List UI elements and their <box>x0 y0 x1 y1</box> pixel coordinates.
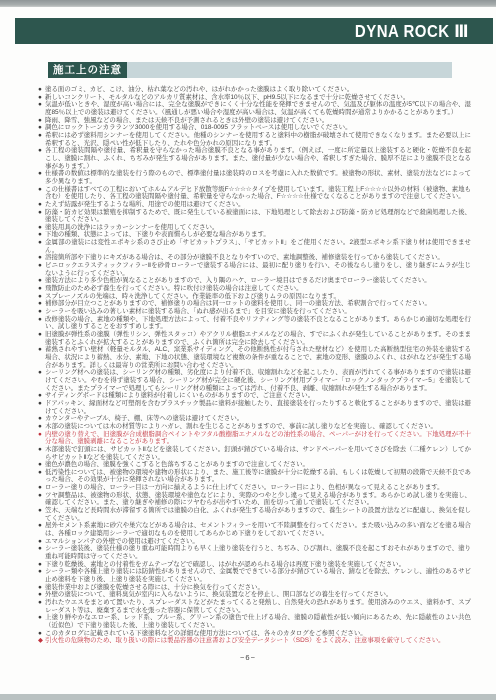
note-text: 下地の種類、状態によっては、下塗りや表面慣らしが必要な場合があります。 <box>45 231 270 238</box>
note-text: 屋外セメント系素地に砂穴や巣穴などがある場合は、セメントフィラーを用いて不陸調整… <box>45 522 471 537</box>
note-item: ●塗色が濃色の場合、塗膜を強くこすると色落ちすることがありますので注意してくださ… <box>38 461 471 469</box>
dot-bullet-icon: ● <box>38 522 42 530</box>
note-text: 塗装作業中および塗膜を乾燥させる際には、十分に換気を行ってください。 <box>45 584 264 591</box>
dot-bullet-icon: ● <box>38 285 42 293</box>
note-text: 塗装方法により多少色相が異なることがありますので、入り隅のハケ、ローラー境目はで… <box>45 277 431 284</box>
note-text: ドアパッキン、縁面材など可塑剤を含むプラスチック製品に塗料が接触したり、直接塗装… <box>45 400 471 415</box>
dot-bullet-icon: ● <box>38 630 42 638</box>
dot-bullet-icon: ● <box>38 568 42 576</box>
note-item: ●補修部分が目立つことがありますので、補修塗りの場合は同一ロットの塗料を使用し、… <box>38 300 471 308</box>
note-item: ●ドアパッキン、縁面材など可塑剤を含むプラスチック製品に塗料が接触したり、直接塗… <box>38 400 471 415</box>
note-text: 低汚染性については、被塗物の環境や建物の形状により、また、施工後等に塗膜が十分に… <box>45 469 471 484</box>
note-item: ●屋外セメント系素地に砂穴や巣穴などがある場合は、セメントフィラーを用いて不陸調… <box>38 522 471 537</box>
dot-bullet-icon: ● <box>38 584 42 592</box>
note-text: シーラーを吸い込みの著しい素材に塗装する場合、「ぬれ感が出るまで」を目安に塗装を… <box>45 308 351 315</box>
dot-bullet-icon: ● <box>38 201 42 209</box>
dot-bullet-icon: ● <box>38 186 42 194</box>
note-item: ●希釈には必ず塗料用シンナーを使用してください。他種のシンナーを使用すると塗料中… <box>38 132 471 147</box>
note-text: 仕様書の数値は標準的な塗装を行う際のもので、標準塗付量は塗装時のロスを考慮に入れ… <box>45 170 471 185</box>
dot-bullet-icon: ● <box>38 331 42 339</box>
note-item: ●塗る面のゴミ、カビ、こけ、油分、枯れ葉などの汚れや、はがれかかった塗膜はよく取… <box>38 86 471 94</box>
note-item: ●ツヤ調整品は、被塗物の形状、状態、塗装環境や塗色などにより、実際のつやと少し違… <box>38 492 471 507</box>
note-item: ●下地の種類、状態によっては、下塗りや表面慣らしが必要な場合があります。 <box>38 231 471 239</box>
note-text: 金属部の塗装には変性エポキシ系のさび止め「サビカットプラス」、「サビカットⅡ」を… <box>45 239 471 254</box>
note-text: 木部の塗装については木の材質等によりハガレ、割れを生じることがありますので、事前… <box>45 423 437 430</box>
dot-bullet-icon: ● <box>38 400 42 408</box>
note-item: ●塗装方法により多少色相が異なることがありますので、入り隅のハケ、ローラー境目は… <box>38 277 471 285</box>
note-text: 補修部分が目立つことがありますので、補修塗りの場合は同一ロットの塗料を使用し、同… <box>45 300 431 307</box>
note-item: ●調色にロックトーンカラランツ3000を使用する場合、018-0095 フラット… <box>38 124 471 132</box>
note-text: 外壁の塗装について、塗料臭気が室内に入らないように、換気装置などを停止し、開口部… <box>45 591 392 598</box>
note-item: ●シーラー類や各種上塗り塗装には防錆性がありませんので、金属製でできている部分が… <box>38 568 471 583</box>
note-item: ●サイディングボードは種類により塗料が付着しにくいものがありますので、ご注意くだ… <box>38 392 471 400</box>
note-text: 上塗り鮮やかなエロー系、レッド系、ブルー系、グリーン系の塗色で仕上げる場合、塗膜… <box>45 614 471 629</box>
dot-bullet-icon: ● <box>38 231 42 239</box>
dot-bullet-icon: ● <box>38 591 42 599</box>
note-item: ●改修塗装の場合、素地の種類や、下地処理方法によって、付着不良やリフティング等の… <box>38 316 471 331</box>
dot-bullet-icon: ● <box>38 484 42 492</box>
note-text: サイディングボードは種類により塗料が付着しにくいものがありますので、ご注意くださ… <box>45 392 314 399</box>
note-text: シーラー塗装後、塗装仕様の塗り重ね可能時間よりも早く上塗り塗装を行うと、ちぢみ、… <box>45 545 471 560</box>
note-item: ●木部の塗装については木の材質等によりハガレ、割れを生じることがありますので、事… <box>38 423 471 431</box>
dot-bullet-icon: ● <box>38 300 42 308</box>
section-header: 施工上の注意 <box>48 62 452 78</box>
note-text: ツヤ調整品は、被塗物の形状、状態、塗装環境や塗色などにより、実際のつやと少し違っ… <box>45 492 471 507</box>
note-item: ●内壁の塗り替えで、旧塗膜が合成樹脂調合ペイントやフタル酸樹脂エナメルなどの油性… <box>38 431 471 446</box>
note-text: 蓄熱されやすい壁材（軽量モルタル、ALC、窯業系サイディング、その他断熱性が付与… <box>45 346 471 368</box>
dot-bullet-icon: ● <box>38 209 42 217</box>
note-text: 各工程の塗装間隔や塗付量、希釈量を守らなかった場合塗膜不良となる事があります。（… <box>45 147 471 169</box>
note-text: ローラー塗りの場合、ローラー目は一方向に揃えるように仕上げてください。ローラー目… <box>45 484 444 491</box>
dot-bullet-icon: ● <box>38 277 42 285</box>
note-item: ●笠木、天端など長時間水が滞留する箇所では塗膜の白化、ふくれが発生する場合があり… <box>38 507 471 522</box>
dot-bullet-icon: ● <box>38 293 42 301</box>
notes-list: ●塗る面のゴミ、カビ、こけ、油分、枯れ葉などの汚れや、はがれかかった塗膜はよく取… <box>38 86 471 645</box>
note-text: 新しいコンクリート、モルタルなどのアルカリ質素材は、含水率10％以下、pH9.5… <box>45 94 409 101</box>
dot-bullet-icon: ● <box>38 124 42 132</box>
dot-bullet-icon: ● <box>38 239 42 247</box>
dot-bullet-icon: ● <box>38 117 42 125</box>
dot-bullet-icon: ● <box>38 170 42 178</box>
dot-bullet-icon: ● <box>38 254 42 262</box>
note-text: 木部塗装で釘頭には、サビカットⅡなどを塗装してください。釘頭が錆びている場合は、… <box>45 446 471 461</box>
dot-bullet-icon: ● <box>38 423 42 431</box>
note-item: ●ローラー塗りの場合、ローラー目は一方向に揃えるように仕上げてください。ローラー… <box>38 484 471 492</box>
dot-bullet-icon: ● <box>38 538 42 546</box>
dot-bullet-icon: ● <box>38 392 42 400</box>
section-title: 施工上の注意 <box>48 62 127 78</box>
dot-bullet-icon: ● <box>38 415 42 423</box>
dot-bullet-icon: ● <box>38 308 42 316</box>
note-item: ●この仕様書はすべての工程においてホルムアルデヒド放散等級F☆☆☆☆タイプを使用… <box>38 186 471 201</box>
dot-bullet-icon: ● <box>38 545 42 553</box>
note-item: ●飛散防止のため必ず養生を行ってください。特に吹付け塗装の場合は注意してください… <box>38 285 471 293</box>
dot-bullet-icon: ● <box>38 492 42 500</box>
note-text: たえず結露が発生するような場所、用途での使用は避けてください。 <box>45 201 245 208</box>
dot-bullet-icon: ● <box>38 224 42 232</box>
note-item: ●溶接箇所部や下塗りにキズがある場合は、その部分が塗膜不良となりやすいので、素地… <box>38 254 471 262</box>
note-text: スプレーノズルの先端は、時々洗浄してください。作業能率の低下および塗りムラの原因… <box>45 293 340 300</box>
scan-edge-bottom <box>0 694 496 700</box>
note-text: この仕様書はすべての工程においてホルムアルデヒド放散等級F☆☆☆☆タイプを使用し… <box>45 186 471 201</box>
note-text: このカタログに記載されている下塗塗料などの詳細な使用方法については、各々のカタロ… <box>45 630 367 637</box>
note-item: ●木部塗装で釘頭には、サビカットⅡなどを塗装してください。釘頭が錆びている場合は… <box>38 446 471 461</box>
dot-bullet-icon: ● <box>38 431 42 439</box>
note-item: ●カウンターやテーブル、椅子、棚、床等への塗装は避けてください。 <box>38 415 471 423</box>
note-text: 汚れたウエスをまとめて置いたり、スプレーダストなどがたまってくると発熱し、自然発… <box>45 599 471 614</box>
note-text: 飛散防止のため必ず養生を行ってください。特に吹付け塗装の場合は注意してください。 <box>45 285 303 292</box>
dot-bullet-icon: ● <box>38 507 42 515</box>
note-item: ●低汚染性については、被塗物の環境や建物の形状により、また、施工後等に塗膜が十分… <box>38 469 471 484</box>
note-text: 塗装用具の洗浄にはラッカーシンナーを使用してください。 <box>45 224 218 231</box>
dot-bullet-icon: ● <box>38 86 42 94</box>
note-text: 気温が低いときや、湿度が高い場合には、完全な塗膜ができにくく十分な性能を発揮でき… <box>45 101 471 116</box>
note-text: ビニロックエラスティックフィラーⅡを砂骨ローラーで塗装する場合には、最初に配り塗… <box>45 262 471 277</box>
dot-bullet-icon: ● <box>38 262 42 270</box>
note-text: 内壁の塗り替えで、旧塗膜が合成樹脂調合ペイントやフタル酸樹脂エナメルなどの油性系… <box>45 431 471 446</box>
note-item: ●旧塗膜が弾性系の塗膜（弾性リシン、弾性スタッコ）やアクリル樹脂エナメルなどの場… <box>38 331 471 346</box>
note-text: エマルションパテの外壁での使用は避けてください。 <box>45 538 199 545</box>
note-item: ●防藻・防カビ効果は繁殖を抑制するためで、既に発生している被塗面には、下地処理と… <box>38 209 471 224</box>
note-item: ◆引火性の危険物のため、取り扱いの際には製品容器の注意書および安全データシート（… <box>38 637 471 645</box>
dot-bullet-icon: ● <box>38 599 42 607</box>
dot-bullet-icon: ● <box>38 461 42 469</box>
dot-bullet-icon: ● <box>38 101 42 109</box>
note-text: 下塗り乾燥後、素地との付着性をガムテープなどで確認し、はがれが認められる場合は再… <box>45 561 405 568</box>
note-text: シーリング材への塗装は、シーリング材の種類、劣化度により付着不良、収縮割れなどを… <box>45 369 471 391</box>
note-item: ●各工程の塗装間隔や塗付量、希釈量を守らなかった場合塗膜不良となる事があります。… <box>38 147 471 170</box>
note-text: 塗色が濃色の場合、塗膜を強くこすると色落ちすることがありますので注意してください… <box>45 461 309 468</box>
note-item: ●気温が低いときや、湿度が高い場合には、完全な塗膜ができにくく十分な性能を発揮で… <box>38 101 471 116</box>
note-item: ●仕様書の数値は標準的な塗装を行う際のもので、標準塗付量は塗装時のロスを考慮に入… <box>38 170 471 185</box>
note-item: ●蓄熱されやすい壁材（軽量モルタル、ALC、窯業系サイディング、その他断熱性が付… <box>38 346 471 369</box>
scan-edge-top <box>0 0 496 7</box>
note-item: ●たえず結露が発生するような場所、用途での使用は避けてください。 <box>38 201 471 209</box>
page-number: −6− <box>0 653 496 662</box>
brand-title: DYNA ROCK Ⅲ <box>355 21 493 42</box>
note-text: シーラー類や各種上塗り塗装には防錆性がありませんので、金属製でできている部分が錆… <box>45 568 471 583</box>
dot-bullet-icon: ● <box>38 369 42 377</box>
note-text: 溶接箇所部や下塗りにキズがある場合は、その部分が塗膜不良となりやすいので、素地調… <box>45 254 444 261</box>
dot-bullet-icon: ● <box>38 614 42 622</box>
note-text: 希釈には必ず塗料用シンナーを使用してください。他種のシンナーを使用すると塗料中の… <box>45 132 471 147</box>
note-item: ●シーラーを吸い込みの著しい素材に塗装する場合、「ぬれ感が出るまで」を目安に塗装… <box>38 308 471 316</box>
note-text: 降雨、降雪、強風などの場合、または天候不良が予測されるときは外壁の塗装は避けてく… <box>45 117 328 124</box>
note-item: ●汚れたウエスをまとめて置いたり、スプレーダストなどがたまってくると発熱し、自然… <box>38 599 471 614</box>
note-text: カウンターやテーブル、椅子、棚、床等への塗装は避けてください。 <box>45 415 243 422</box>
note-item: ●外壁の塗装について、塗料臭気が室内に入らないように、換気装置などを停止し、開口… <box>38 591 471 599</box>
note-text: 旧塗膜が弾性系の塗膜（弾性リシン、弾性スタッコ）やアクリル樹脂エナメルなどの場合… <box>45 331 471 346</box>
note-text: 防藻・防カビ効果は繁殖を抑制するためで、既に発生している被塗面には、下地処理とし… <box>45 209 471 224</box>
dot-bullet-icon: ● <box>38 346 42 354</box>
diamond-bullet-icon: ◆ <box>38 637 43 645</box>
note-text: 調色にロックトーンカラランツ3000を使用する場合、018-0095 フラットベ… <box>45 124 352 131</box>
note-item: ●シーラー塗装後、塗装仕様の塗り重ね可能時間よりも早く上塗り塗装を行うと、ちぢみ… <box>38 545 471 560</box>
note-text: 塗る面のゴミ、カビ、こけ、油分、枯れ葉などの汚れや、はがれかかった塗膜はよく取り… <box>45 86 353 93</box>
note-item: ●金属部の塗装には変性エポキシ系のさび止め「サビカットプラス」、「サビカットⅡ」… <box>38 239 471 254</box>
brand-banner: DYNA ROCK Ⅲ <box>15 18 493 44</box>
note-item: ●ビニロックエラスティックフィラーⅡを砂骨ローラーで塗装する場合には、最初に配り… <box>38 262 471 277</box>
dot-bullet-icon: ● <box>38 469 42 477</box>
note-item: ●シーリング材への塗装は、シーリング材の種類、劣化度により付着不良、収縮割れなど… <box>38 369 471 392</box>
dot-bullet-icon: ● <box>38 446 42 454</box>
dot-bullet-icon: ● <box>38 94 42 102</box>
note-text: 改修塗装の場合、素地の種類や、下地処理方法によって、付着不良やリフティング等の塗… <box>45 316 471 331</box>
note-text: 引火性の危険物のため、取り扱いの際には製品容器の注意書および安全データシート（S… <box>45 637 445 644</box>
note-text: 笠木、天端など長時間水が滞留する箇所では塗膜の白化、ふくれが発生する場合がありま… <box>45 507 471 522</box>
dot-bullet-icon: ● <box>38 561 42 569</box>
dot-bullet-icon: ● <box>38 132 42 140</box>
dot-bullet-icon: ● <box>38 147 42 155</box>
note-item: ●上塗り鮮やかなエロー系、レッド系、ブルー系、グリーン系の塗色で仕上げる場合、塗… <box>38 614 471 629</box>
dot-bullet-icon: ● <box>38 316 42 324</box>
